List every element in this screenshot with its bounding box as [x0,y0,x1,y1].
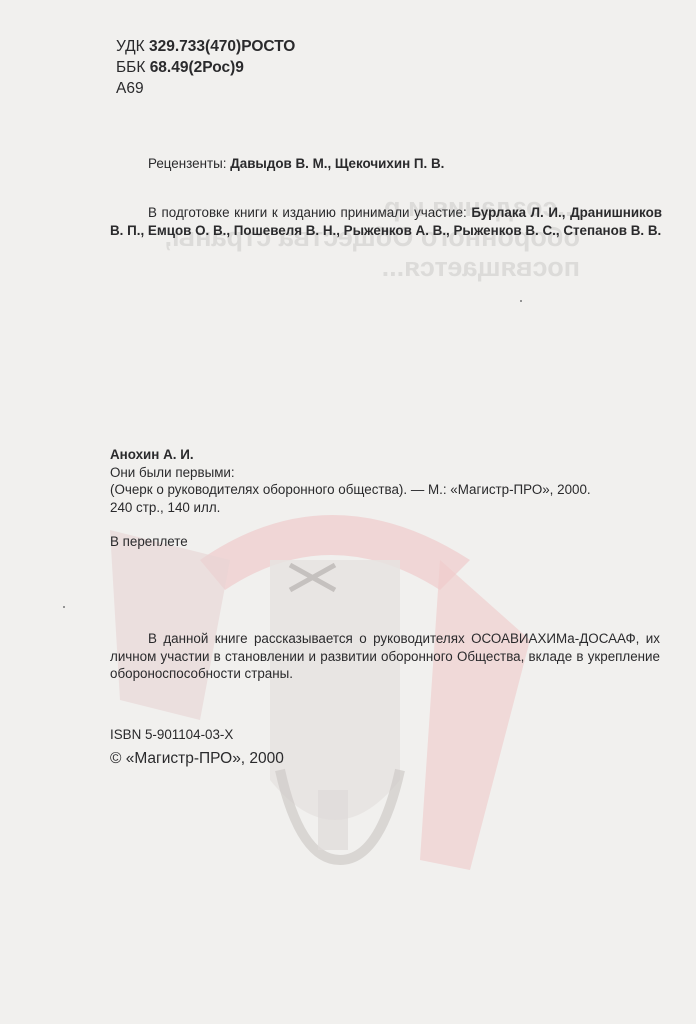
udk-line: УДК 329.733(470)РОСТО [116,36,295,57]
author-mark: А69 [116,78,295,99]
bbk-label: ББК [116,59,145,76]
udk-value: 329.733(470)РОСТО [149,38,295,55]
isbn: ISBN 5-901104-03-X [110,726,233,744]
book-author: Анохин А. И. [110,446,591,464]
reviewers: Рецензенты: Давыдов В. М., Щекочихин П. … [148,155,444,173]
paper-speck [63,606,65,608]
annotation: В данной книге рассказывается о руководи… [110,630,660,683]
bibliographic-record: Анохин А. И. Они были первыми: (Очерк о … [110,446,591,551]
bbk-value: 68.49(2Рос)9 [150,59,244,76]
book-imprint-page: ...создания и р... оборонного Общества с… [0,0,696,1024]
preparation-credits: В подготовке книги к изданию принимали у… [110,204,662,239]
annotation-text: В данной книге рассказывается о руководи… [110,631,660,681]
showthrough-line: посвящается... [165,252,580,282]
book-subtitle-publisher: (Очерк о руководителях оборонного общест… [110,481,591,499]
reviewers-names: Давыдов В. М., Щекочихин П. В. [230,156,444,171]
bbk-line: ББК 68.49(2Рос)9 [116,57,295,78]
udk-label: УДК [116,38,145,55]
book-binding: В переплете [110,533,591,551]
book-title: Они были первыми: [110,464,591,482]
copyright: © «Магистр-ПРО», 2000 [110,750,284,768]
reviewers-label: Рецензенты: [148,156,226,171]
classification-codes: УДК 329.733(470)РОСТО ББК 68.49(2Рос)9 А… [116,36,295,99]
book-pages: 240 стр., 140 илл. [110,499,591,517]
paper-speck [520,300,522,302]
preparation-label: В подготовке книги к изданию принимали у… [148,205,467,220]
